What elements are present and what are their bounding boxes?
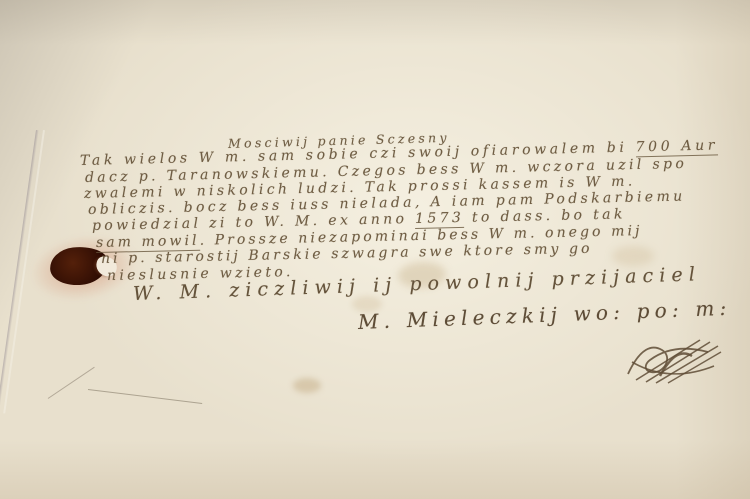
underlined-text: 700 Aur bbox=[635, 137, 718, 157]
signature-flourish bbox=[622, 336, 722, 384]
handwriting-text: to dass. bo tak bbox=[464, 206, 626, 226]
underlined-text: 1573 bbox=[415, 210, 464, 229]
museum-display-case-photo: Mosciwij panie SczesnyTak wielos W m. sa… bbox=[0, 0, 750, 499]
handwriting-text: M. Mieleczkij wo: po: m: bbox=[358, 296, 732, 334]
manuscript-line: M. Mieleczkij wo: po: m: bbox=[358, 296, 732, 334]
handwritten-text-block: Mosciwij panie SczesnyTak wielos W m. sa… bbox=[0, 0, 750, 499]
manuscript-paper: Mosciwij panie SczesnyTak wielos W m. sa… bbox=[0, 0, 750, 499]
